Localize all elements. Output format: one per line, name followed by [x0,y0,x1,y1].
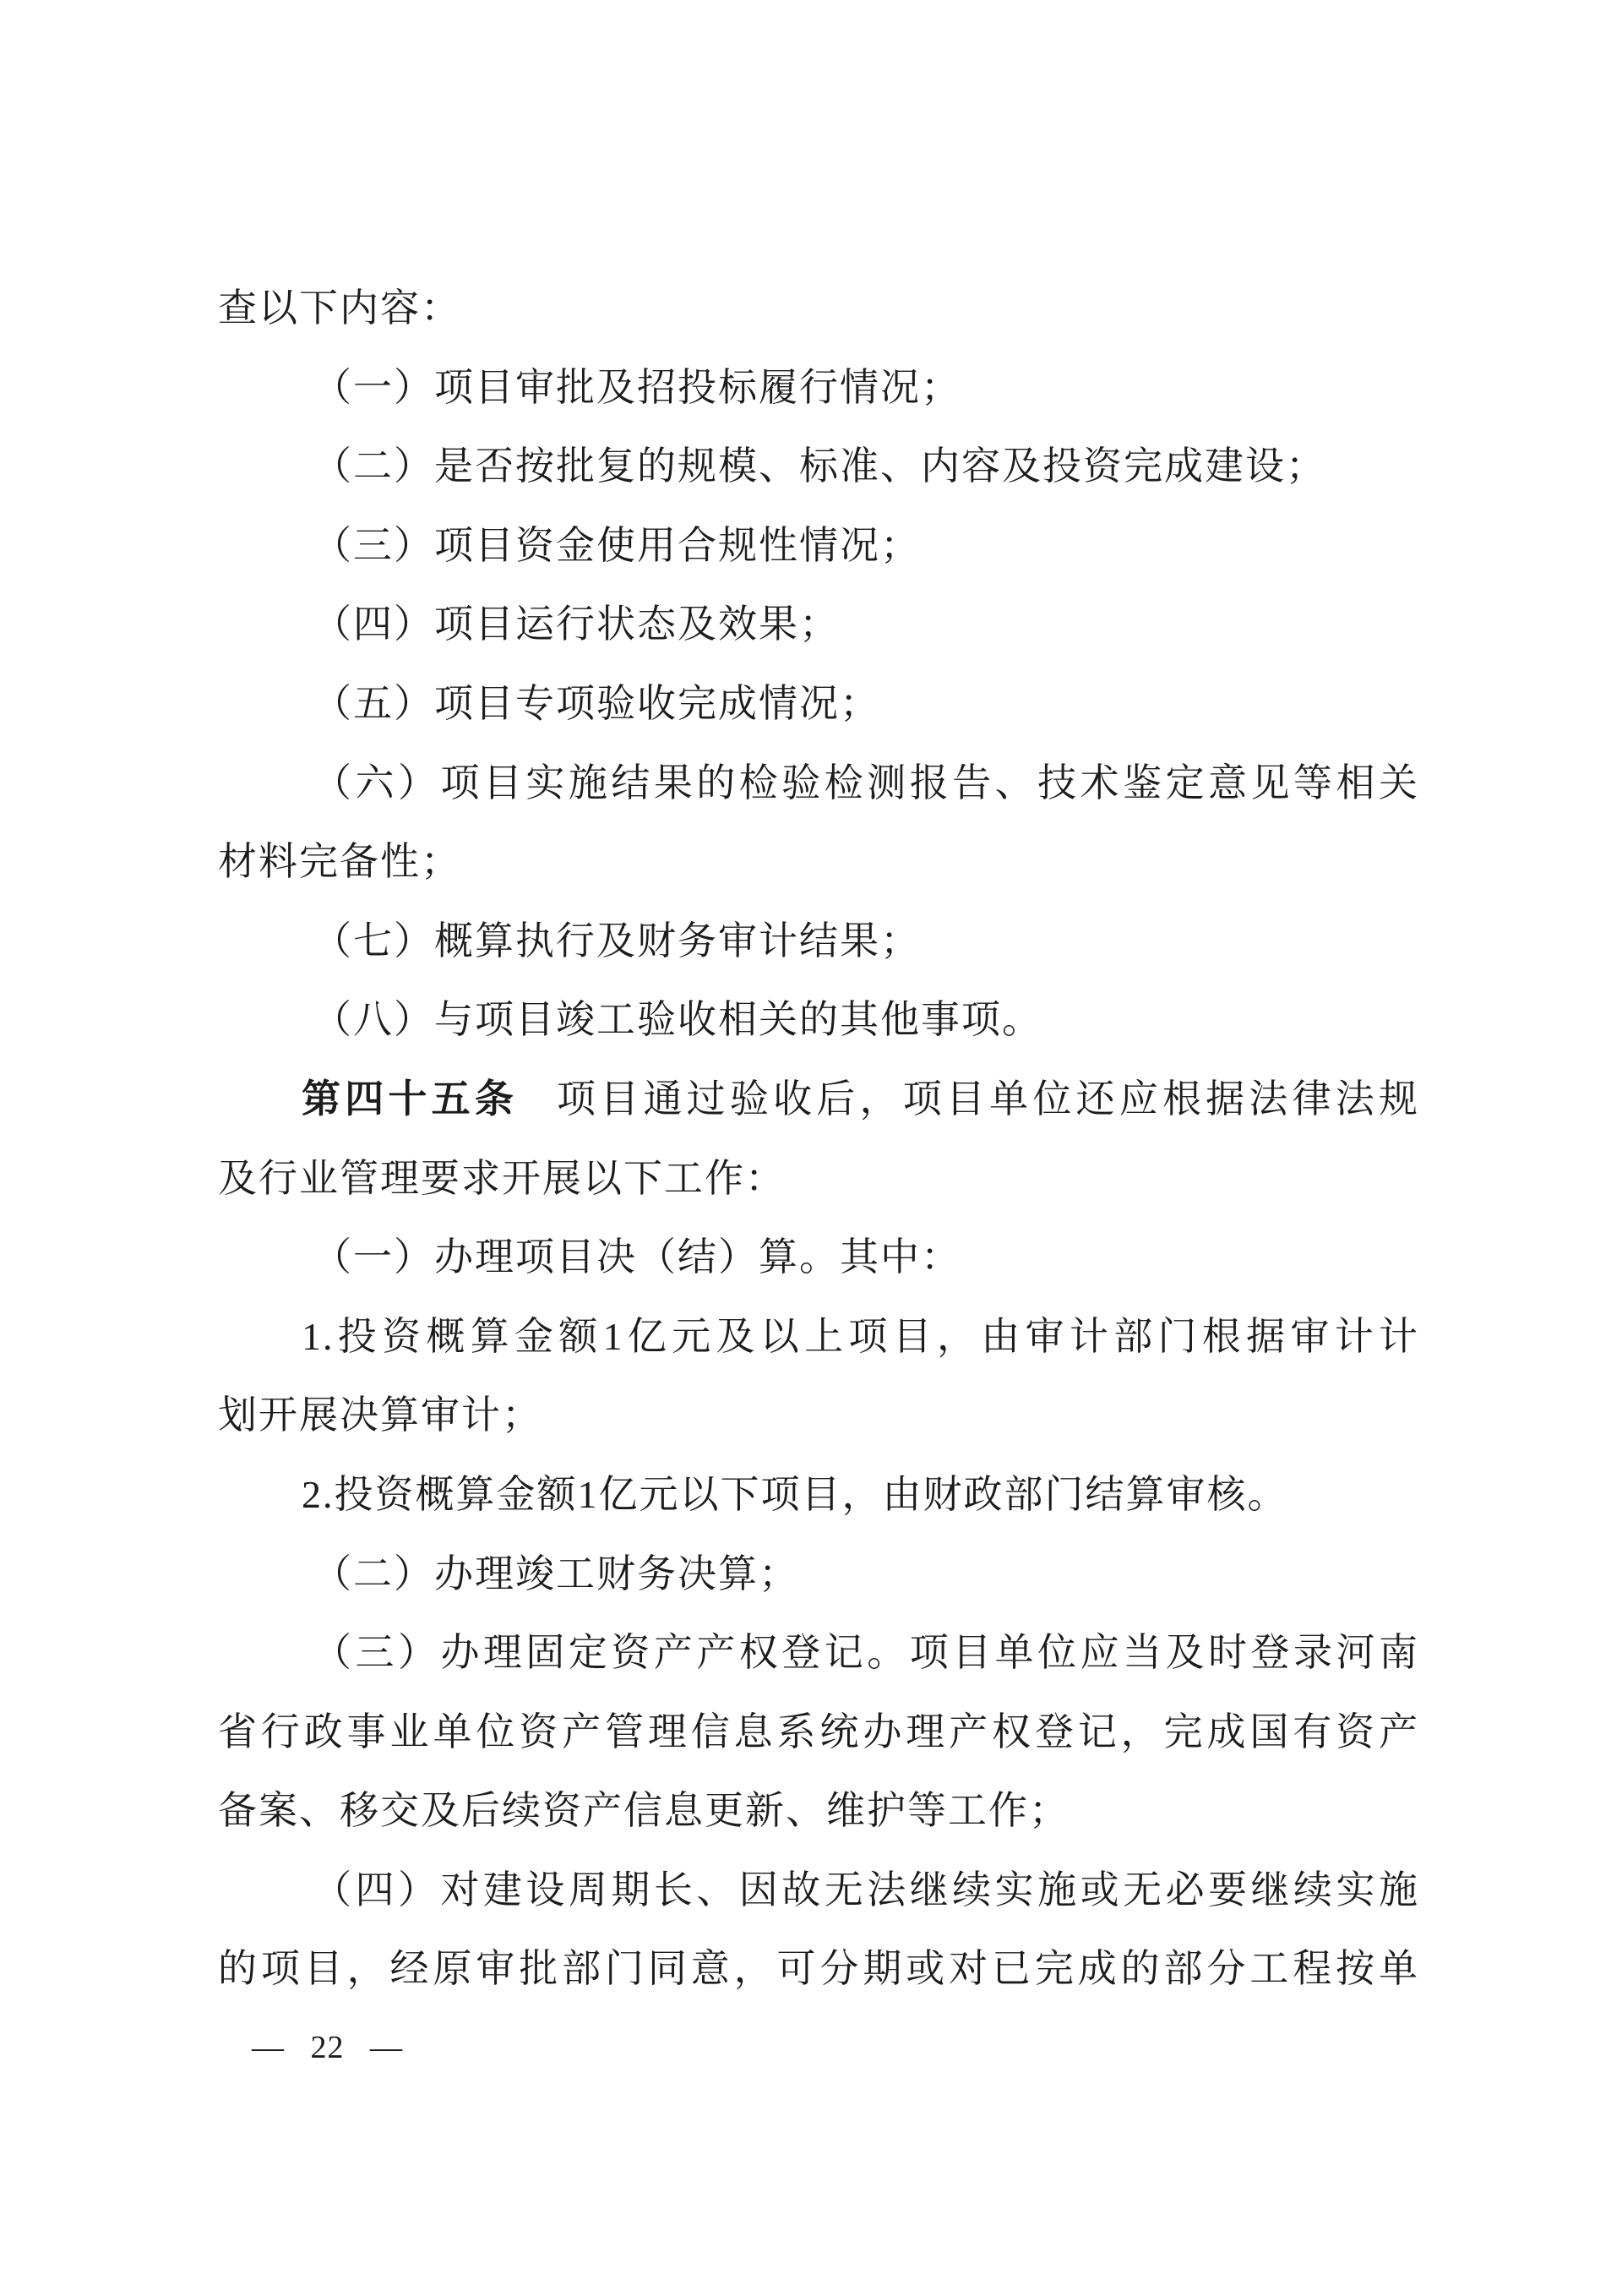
work-item-3-line: （三）办理固定资产产权登记。项目单位应当及时登录河南 [218,1613,1419,1693]
work-item-1-line: （一）办理项目决（结）算。其中： [218,1218,1419,1297]
item-3-line: （三）项目资金使用合规性情况； [218,506,1419,586]
article-45-heading: 第四十五条 [302,1077,518,1121]
page-footer: — 22 — [218,2009,1419,2088]
item-5-line: （五）项目专项验收完成情况； [218,664,1419,744]
document-page: 查以下内容： （一）项目审批及招投标履行情况； （二）是否按批复的规模、标准、内… [0,0,1622,2296]
article-45-cont-line: 及行业管理要求开展以下工作： [218,1139,1419,1219]
intro-line: 查以下内容： [218,269,1419,348]
article-45-text: 项目通过验收后，项目单位还应根据法律法规 [557,1077,1419,1121]
item-6-cont-line: 材料完备性； [218,822,1419,902]
article-45-line: 第四十五条项目通过验收后，项目单位还应根据法律法规 [218,1060,1419,1139]
item-1-line: （一）项目审批及招投标履行情况； [218,348,1419,428]
work-subitem-1-line: 1.投资概算金额1亿元及以上项目，由审计部门根据审计计 [218,1297,1419,1377]
work-item-4-line: （四）对建设周期长、因故无法继续实施或无必要继续实施 [218,1851,1419,1930]
item-2-line: （二）是否按批复的规模、标准、内容及投资完成建设； [218,427,1419,506]
item-7-line: （七）概算执行及财务审计结果； [218,902,1419,981]
work-item-2-line: （二）办理竣工财务决算； [218,1535,1419,1614]
page-number: — 22 — [252,2030,403,2065]
item-8-line: （八）与项目竣工验收相关的其他事项。 [218,980,1419,1060]
work-item-3-cont1-line: 省行政事业单位资产管理信息系统办理产权登记，完成国有资产 [218,1693,1419,1772]
item-4-line: （四）项目运行状态及效果； [218,585,1419,664]
work-subitem-1-cont-line: 划开展决算审计； [218,1376,1419,1455]
item-6-line: （六）项目实施结果的检验检测报告、技术鉴定意见等相关 [218,744,1419,823]
work-subitem-2-line: 2.投资概算金额1亿元以下项目，由财政部门结算审核。 [218,1455,1419,1535]
work-item-3-cont2-line: 备案、移交及后续资产信息更新、维护等工作； [218,1771,1419,1851]
work-item-4-cont-line: 的项目，经原审批部门同意，可分期或对已完成的部分工程按单 [218,1929,1419,2009]
document-body: 查以下内容： （一）项目审批及招投标履行情况； （二）是否按批复的规模、标准、内… [218,269,1419,2088]
